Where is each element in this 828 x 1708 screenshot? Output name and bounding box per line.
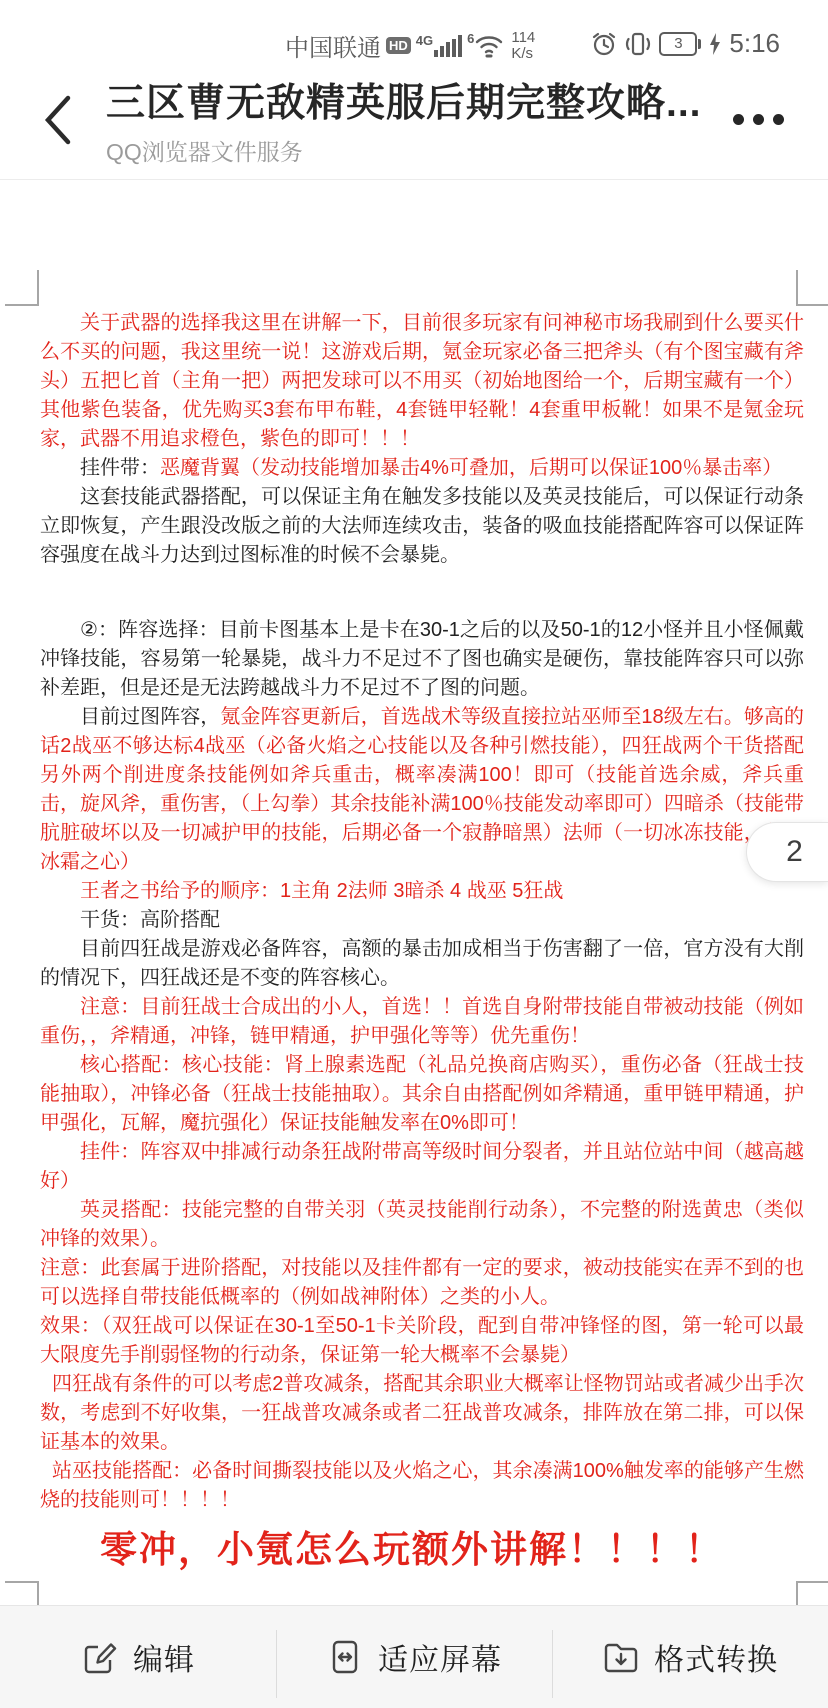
page-corner-mark <box>5 1581 39 1605</box>
page-title: 三区曹无敌精英服后期完整攻略... <box>106 72 708 128</box>
page-number: 2 <box>786 835 803 869</box>
page-number-indicator[interactable]: 2 <box>746 822 828 882</box>
doc-paragraph: 注意：此套属于进阶搭配，对技能以及挂件都有一定的要求，被动技能实在弄不到的也可以… <box>40 1254 804 1312</box>
doc-paragraph: 四狂战有条件的可以考虑2普攻减条，搭配其余职业大概率让怪物罚站或者减少出手次数，… <box>40 1370 804 1457</box>
doc-paragraph: 核心搭配：核心技能：肾上腺素选配（礼品兑换商店购买），重伤必备（狂战士技能抽取）… <box>40 1051 804 1138</box>
doc-paragraph: 效果：（双狂战可以保证在30-1至50-1卡关阶段，配到自带冲锋怪的图，第一轮可… <box>40 1312 804 1370</box>
more-menu-button[interactable] <box>733 114 784 125</box>
battery-icon: 3 <box>659 32 701 56</box>
page-corner-mark <box>796 1581 828 1605</box>
doc-paragraph: 目前四狂战是游戏必备阵容，高额的暴击加成相当于伤害翻了一倍，官方没有大削的情况下… <box>40 935 804 993</box>
alarm-icon <box>591 31 617 57</box>
bottom-toolbar: 编辑 适应屏幕 格式转换 <box>0 1605 828 1708</box>
doc-paragraph: 站巫技能搭配：必备时间撕裂技能以及火焰之心，其余凑满100%触发率的能够产生燃烧… <box>40 1457 804 1515</box>
signal-strength-icon: 4G <box>416 35 462 57</box>
page-subtitle: QQ浏览器文件服务 <box>106 134 708 167</box>
fit-screen-icon <box>326 1638 364 1676</box>
edit-button[interactable]: 编辑 <box>0 1606 276 1708</box>
doc-paragraph: 目前过图阵容，氪金阵容更新后，首选战术等级直接拉站巫师至18级左右。够高的话2战… <box>40 703 804 877</box>
carrier-label: 中国联通 <box>285 28 381 63</box>
fit-screen-button[interactable]: 适应屏幕 <box>276 1606 552 1708</box>
vibrate-icon <box>624 31 652 57</box>
doc-section-heading: 零冲，小氪怎么玩额外讲解！！！！ <box>100 1519 724 1573</box>
clock-time: 5:16 <box>729 28 780 59</box>
wifi-icon: 6 <box>467 33 504 59</box>
doc-paragraph: 这套技能武器搭配，可以保证主角在触发多技能以及英灵技能后，可以保证行动条立即恢复… <box>40 483 804 570</box>
format-convert-button[interactable]: 格式转换 <box>552 1606 828 1708</box>
doc-paragraph: 英灵搭配：技能完整的自带关羽（英灵技能削行动条），不完整的附选黄忠（类似冲锋的效… <box>40 1196 804 1254</box>
doc-paragraph: 挂件带：恶魔背翼（发动技能增加暴击4%可叠加，后期可以保证100％暴击率） <box>40 454 804 483</box>
back-button[interactable] <box>40 92 80 148</box>
screen: 中国联通 HD 4G 6 114 K/s <box>0 0 828 1708</box>
doc-paragraph: 王者之书给予的顺序：1主角 2法师 3暗杀 4 战巫 5狂战 <box>40 877 804 906</box>
doc-paragraph: ②：阵容选择：目前卡图基本上是卡在30-1之后的以及50-1的12小怪并且小怪佩… <box>40 616 804 703</box>
status-bar: 中国联通 HD 4G 6 114 K/s <box>0 0 828 64</box>
document-view[interactable]: 关于武器的选择我这里在讲解一下，目前很多玩家有问神秘市场我刷到什么要买什么不买的… <box>0 181 828 1605</box>
back-chevron-icon <box>40 92 76 148</box>
doc-paragraph: 注意：目前狂战士合成出的小人，首选！！首选自身附带技能自带被动技能（例如重伤，，… <box>40 993 804 1051</box>
edit-pencil-icon <box>81 1638 119 1676</box>
charging-bolt-icon <box>708 32 722 56</box>
doc-paragraph: 关于武器的选择我这里在讲解一下，目前很多玩家有问神秘市场我刷到什么要买什么不买的… <box>40 309 804 454</box>
doc-paragraphs: 关于武器的选择我这里在讲解一下，目前很多玩家有问神秘市场我刷到什么要买什么不买的… <box>0 181 828 1516</box>
folder-download-icon <box>602 1638 640 1676</box>
doc-paragraph: 干货：高阶搭配 <box>40 906 804 935</box>
network-speed: 114 K/s <box>511 30 535 62</box>
doc-paragraph: 挂件：阵容双中排减行动条狂战附带高等级时间分裂者，并且站位站中间（越高越好） <box>40 1138 804 1196</box>
title-bar: 三区曹无敌精英服后期完整攻略... QQ浏览器文件服务 <box>0 64 828 180</box>
hd-badge: HD <box>386 37 411 54</box>
